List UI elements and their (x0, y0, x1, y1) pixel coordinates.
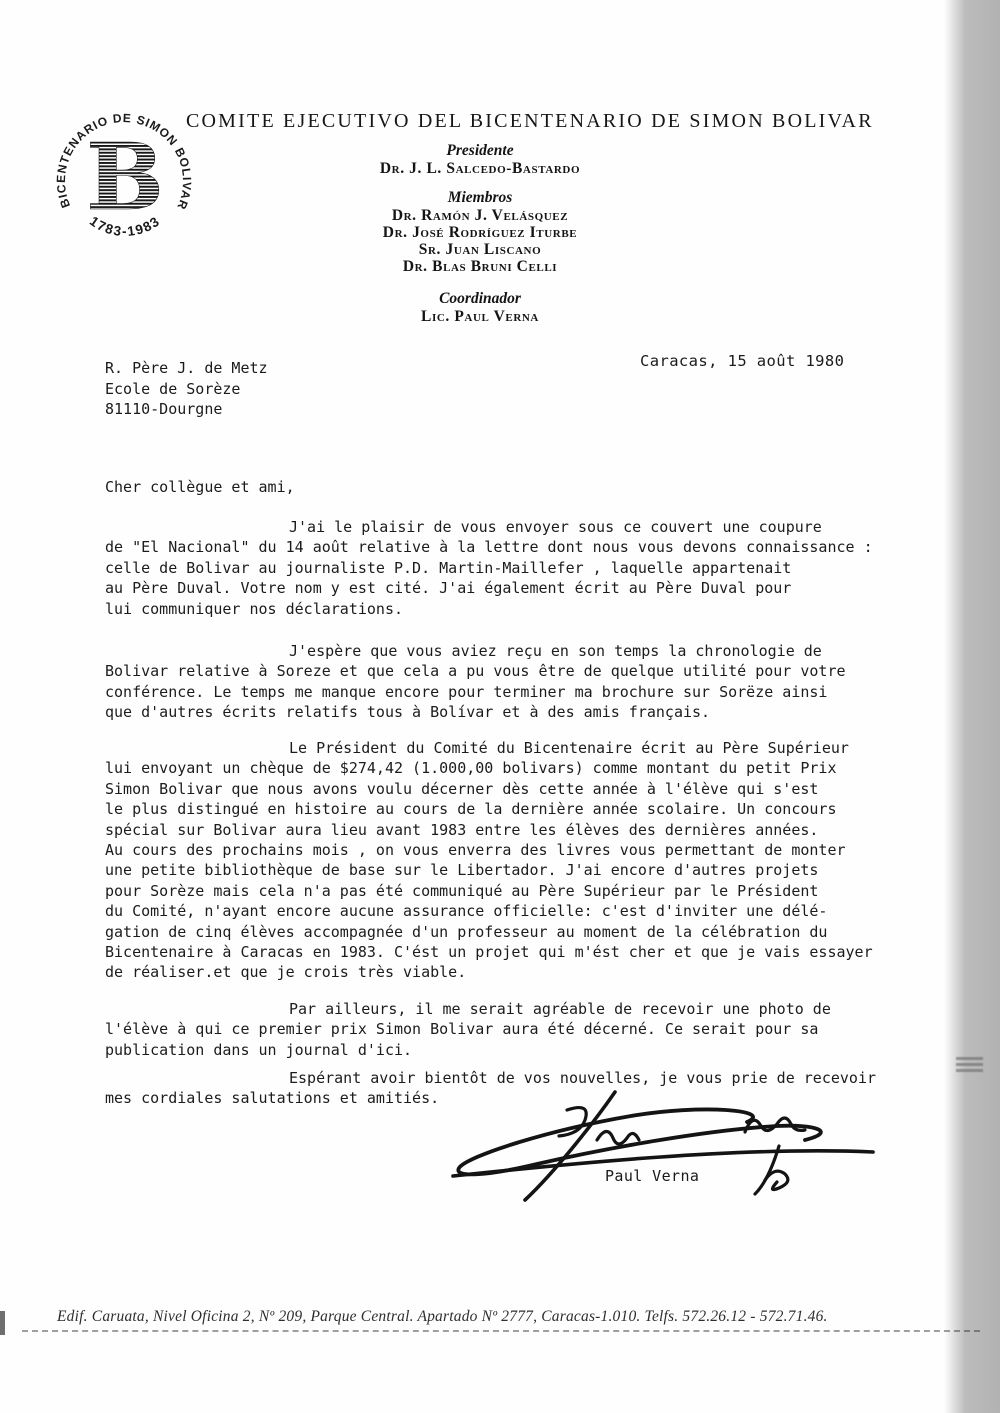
members-label: Miembros (180, 189, 780, 207)
member-name: Sr. Juan Liscano (180, 241, 780, 258)
footer-rule-line (22, 1330, 980, 1332)
scan-right-edge-shadow (944, 0, 1000, 1413)
letterhead-officials: Presidente Dr. J. L. Salcedo-Bastardo Mi… (180, 142, 780, 325)
coordinator-label: Coordinador (180, 290, 780, 308)
president-label: Presidente (180, 142, 780, 160)
seal-letter-b: B (86, 123, 164, 231)
member-name: Dr. Blas Bruni Celli (180, 258, 780, 275)
coordinator-name: Lic. Paul Verna (180, 308, 780, 325)
salutation: Cher collègue et ami, (105, 478, 295, 496)
member-name: Dr. Ramón J. Velásquez (180, 207, 780, 224)
scan-smudge-right (956, 1057, 983, 1074)
paragraph-4: Par ailleurs, il me serait agréable de r… (105, 999, 940, 1060)
scan-smudge-left (0, 1311, 5, 1335)
letterhead-footer-address: Edif. Caruata, Nivel Oficina 2, Nº 209, … (57, 1308, 957, 1326)
letter-date: Caracas, 15 août 1980 (640, 352, 844, 370)
letterhead-title: COMITE EJECUTIVO DEL BICENTENARIO DE SIM… (186, 110, 926, 133)
recipient-address: R. Père J. de Metz Ecole de Sorèze 81110… (105, 358, 268, 420)
scanned-letter-page: BICENTENARIO DE SIMON BOLIVAR 1783-1983 … (0, 0, 1000, 1413)
signature-block: Paul Verna (445, 1088, 885, 1206)
member-name: Dr. José Rodríguez Iturbe (180, 224, 780, 241)
paragraph-2: J'espère que vous aviez reçu en son temp… (105, 641, 940, 723)
handwritten-signature-icon (445, 1088, 885, 1206)
signer-typed-name: Paul Verna (605, 1167, 699, 1185)
paragraph-3: Le Président du Comité du Bicentenaire é… (105, 738, 940, 983)
president-name: Dr. J. L. Salcedo-Bastardo (180, 160, 780, 177)
paragraph-1: J'ai le plaisir de vous envoyer sous ce … (105, 517, 940, 619)
